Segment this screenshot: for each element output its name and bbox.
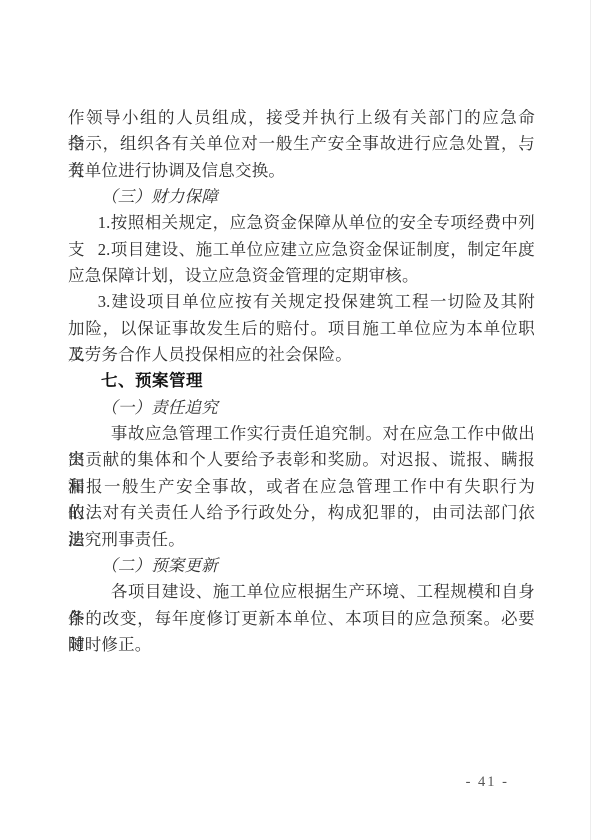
- text-line: 及劳务合作人员投保相应的社会保险。: [68, 342, 535, 368]
- text-line: 1.按照相关规定，应急资金保障从单位的安全专项经费中列支。: [68, 210, 535, 236]
- text-line: 追究刑事责任。: [68, 527, 535, 553]
- text-line: 件的改变，每年度修订更新本单位、本项目的应急预案。必要时: [68, 606, 535, 632]
- text-line: 2.项目建设、施工单位应建立应急资金保证制度，制定年度: [68, 237, 535, 263]
- text-line: 指示，组织各有关单位对一般生产安全事故进行应急处置，与有: [68, 131, 535, 157]
- text-line: 各项目建设、施工单位应根据生产环境、工程规模和自身条: [68, 579, 535, 605]
- text-line: 随时修正。: [68, 632, 535, 658]
- text-line: 事故应急管理工作实行责任追究制。对在应急工作中做出突: [68, 421, 535, 447]
- text-line: 出贡献的集体和个人要给予表彰和奖励。对迟报、谎报、瞒报和: [68, 447, 535, 473]
- text-line: （一）责任追究: [68, 395, 535, 421]
- document-text-block: 作领导小组的人员组成，接受并执行上级有关部门的应急命令、指示，组织各有关单位对一…: [68, 105, 535, 658]
- document-page: 作领导小组的人员组成，接受并执行上级有关部门的应急命令、指示，组织各有关单位对一…: [0, 0, 595, 840]
- text-line: 应急保障计划，设立应急资金管理的定期审核。: [68, 263, 535, 289]
- text-line: （三）财力保障: [68, 184, 535, 210]
- text-line: 3.建设项目单位应按有关规定投保建筑工程一切险及其附: [68, 289, 535, 315]
- text-line: 加险，以保证事故发生后的赔付。项目施工单位应为本单位职工: [68, 316, 535, 342]
- text-line: 依法对有关责任人给予行政处分，构成犯罪的，由司法部门依法: [68, 500, 535, 526]
- text-line: 七、预案管理: [68, 368, 535, 394]
- text-line: 漏报一般生产安全事故，或者在应急管理工作中有失职行为的，: [68, 474, 535, 500]
- text-line: （二）预案更新: [68, 553, 535, 579]
- scan-edge-line: [590, 0, 591, 840]
- text-line: 关单位进行协调及信息交换。: [68, 158, 535, 184]
- page-number: - 41 -: [466, 774, 509, 791]
- text-line: 作领导小组的人员组成，接受并执行上级有关部门的应急命令、: [68, 105, 535, 131]
